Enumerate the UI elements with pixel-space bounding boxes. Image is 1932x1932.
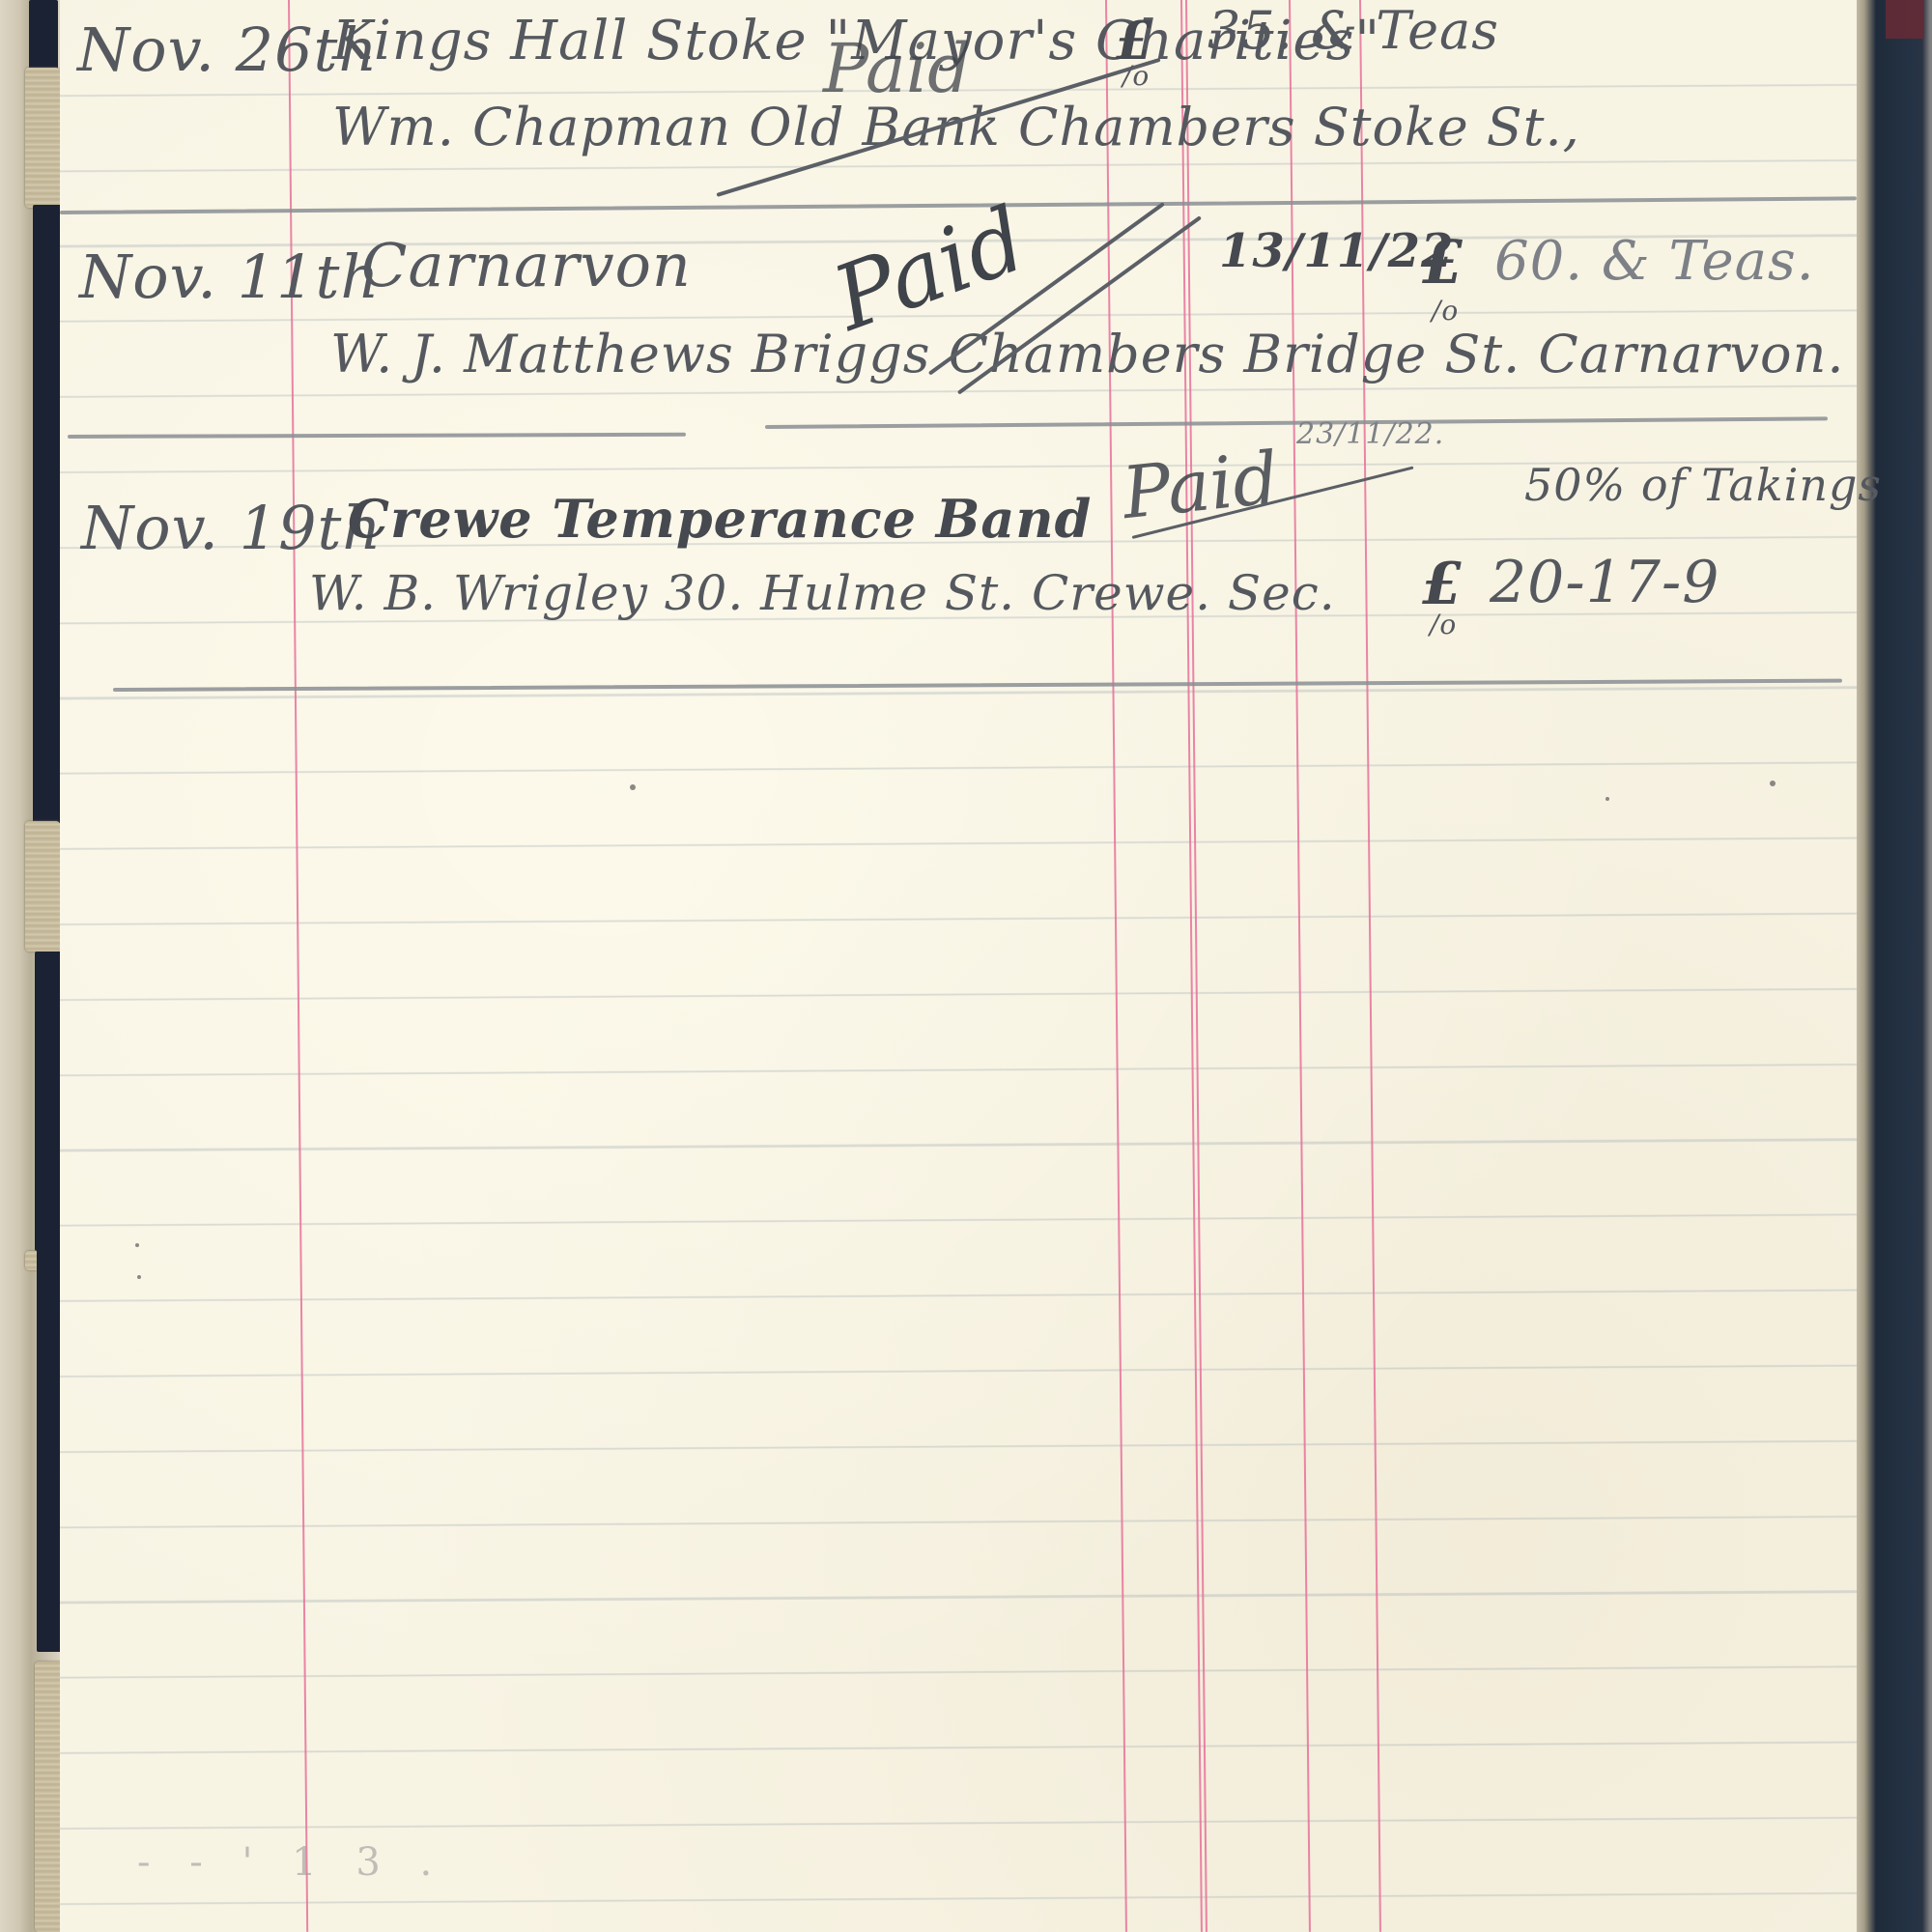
fee-fraction: /o	[1430, 609, 1457, 640]
entry-fee: 20-17-9	[1490, 549, 1719, 616]
entry-fee: 60. & Teas.	[1494, 230, 1815, 293]
ink-speck	[137, 1275, 141, 1279]
faded-text: - - ' 1 3 .	[137, 1840, 445, 1885]
fee-fraction: /o	[1432, 295, 1459, 327]
entry-fee: 35. & Teas	[1207, 0, 1499, 61]
binding-stitch	[25, 68, 60, 208]
paid-mark: Paid	[823, 29, 971, 108]
binding-cloth	[33, 205, 62, 823]
binding-cloth	[29, 0, 58, 77]
ledger-page: Nov. 26th Kings Hall Stoke "Mayor's Char…	[60, 0, 1857, 1932]
cover-corner	[1886, 0, 1924, 39]
entry-contact: W. J. Matthews Briggs Chambers Bridge St…	[330, 324, 1845, 384]
entry-venue: Crewe Temperance Band	[348, 488, 1092, 550]
entry-contact: W. B. Wrigley 30. Hulme St. Crewe. Sec.	[309, 565, 1336, 621]
ledger-scan: Nov. 26th Kings Hall Stoke "Mayor's Char…	[0, 0, 1932, 1932]
entry-date: Nov. 19th	[81, 493, 382, 563]
entry-venue: Carnarvon	[361, 230, 692, 300]
ink-speck	[1605, 797, 1609, 801]
currency-symbol: £	[1422, 227, 1464, 298]
ink-speck	[1770, 781, 1776, 786]
binding-stitch	[25, 821, 60, 952]
ink-speck	[135, 1243, 139, 1247]
fee-fraction: /o	[1122, 60, 1150, 92]
entry-date: Nov. 11th	[79, 241, 380, 312]
fee-note: 50% of Takings	[1524, 459, 1882, 511]
ink-speck	[630, 784, 636, 790]
paid-date: 13/11/22	[1219, 224, 1454, 278]
paid-date: 23/11/22.	[1296, 417, 1444, 451]
book-cover-edge	[1855, 0, 1932, 1932]
